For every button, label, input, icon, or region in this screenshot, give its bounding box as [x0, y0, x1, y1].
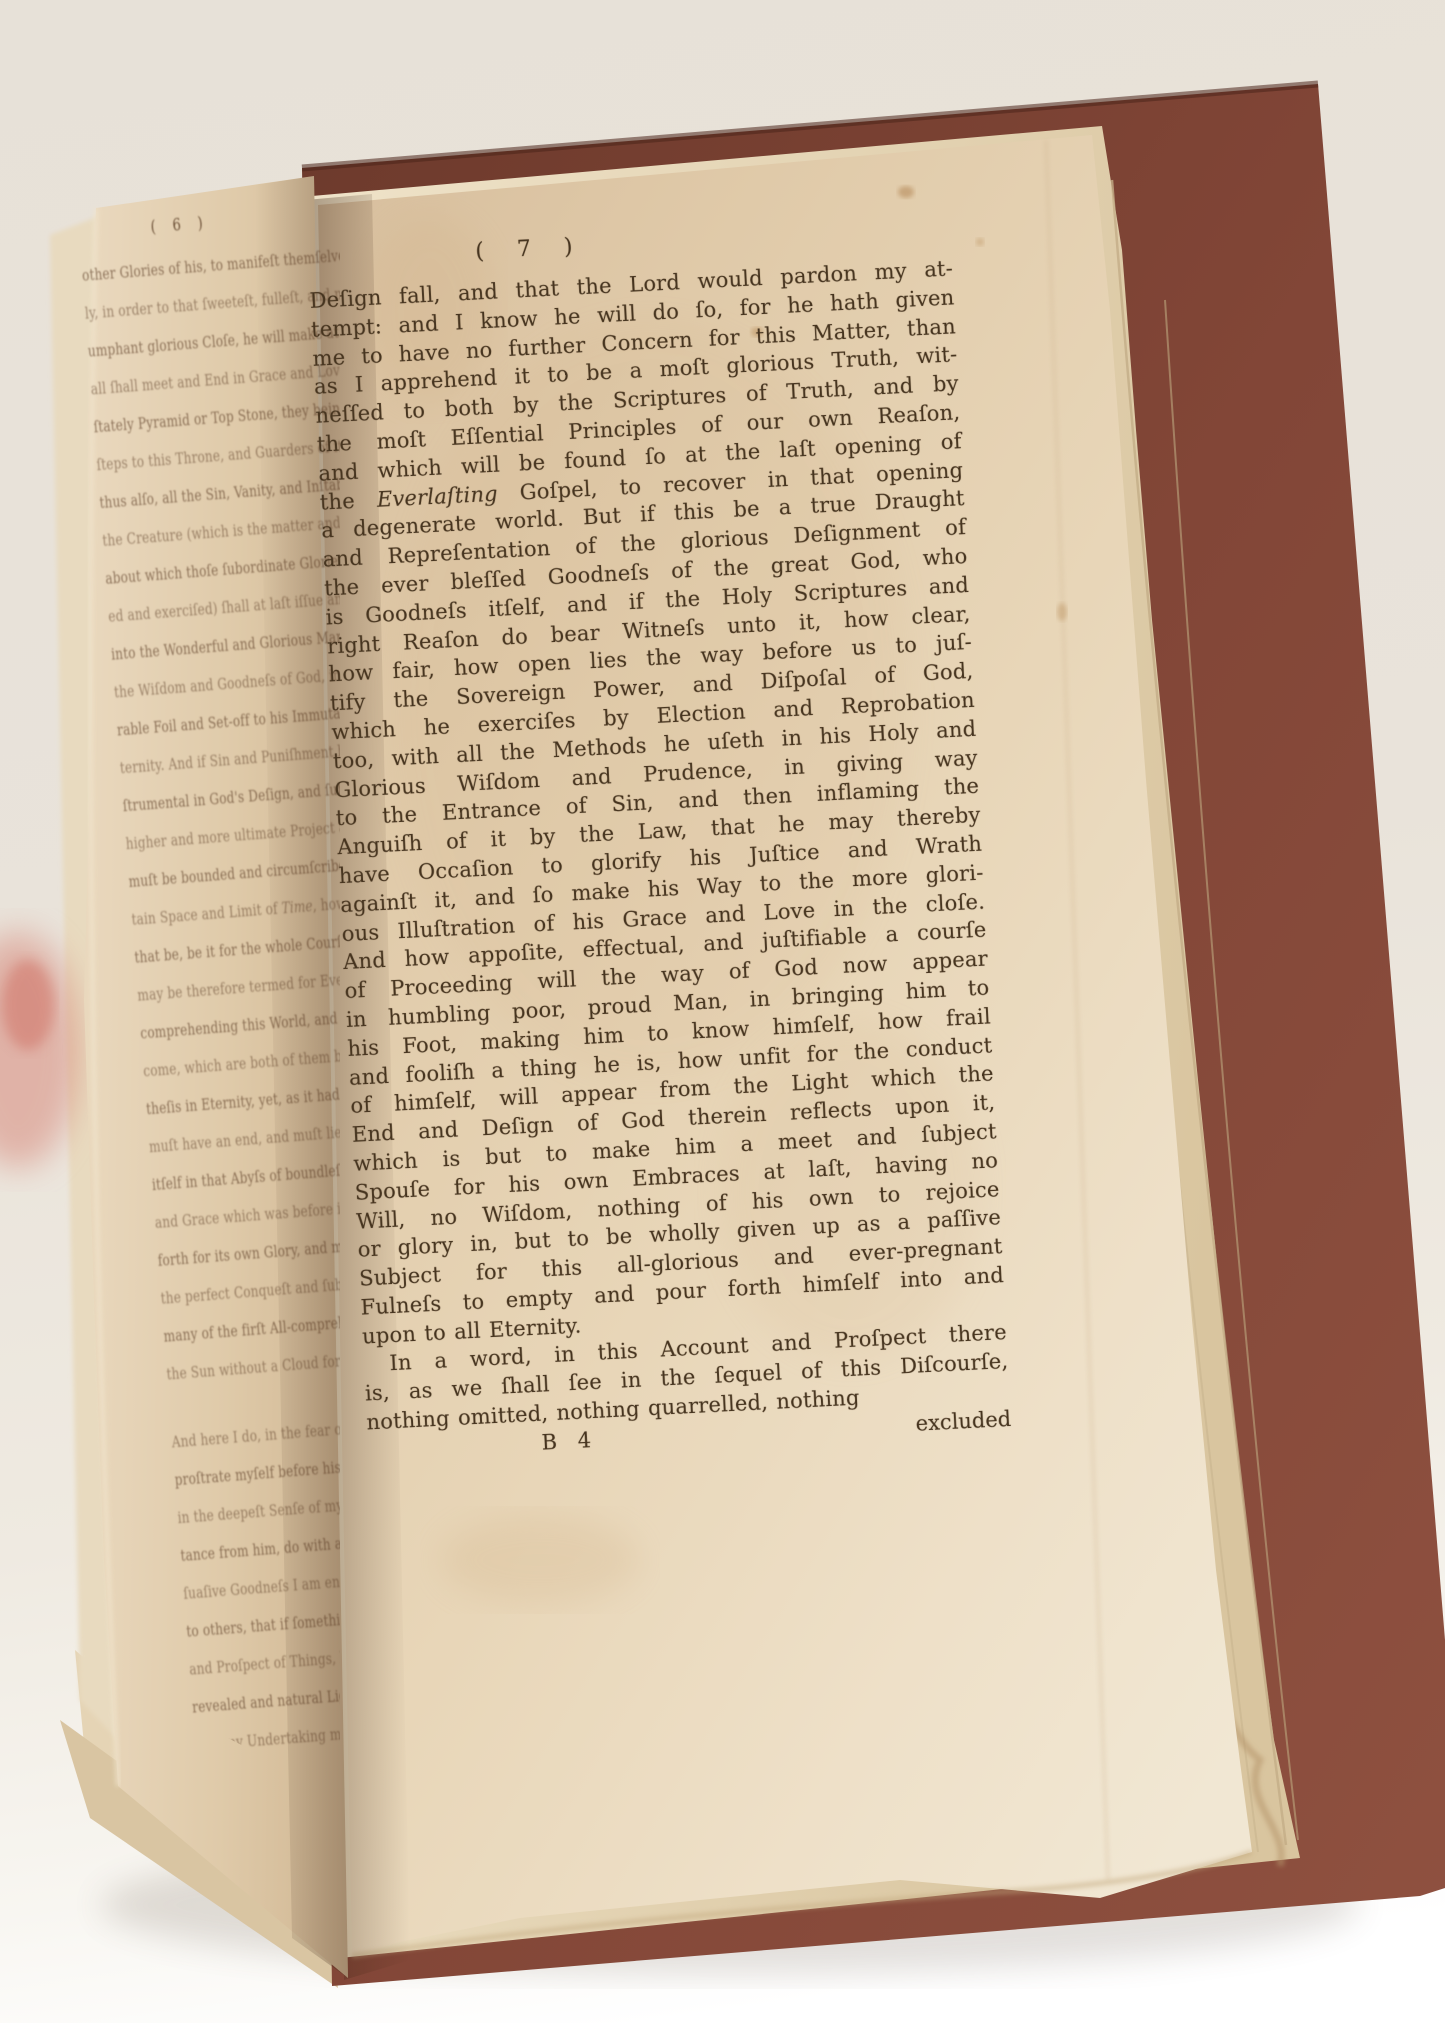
foxing-spot	[1057, 603, 1067, 621]
foxing-spot	[976, 238, 984, 246]
right-page-body: Deſign fall, and that the Lord would par…	[309, 254, 1010, 1437]
foxing-spot	[898, 186, 914, 198]
signature-mark: B 4	[541, 1426, 599, 1458]
book-photo: ( 6 ) other Glories of his, to manifeſt …	[0, 0, 1445, 2023]
paper-mottle	[440, 1515, 640, 1605]
pink-plate-glimpse	[2, 960, 54, 1050]
right-page: ( 7 ) Deſign fall, and that the Lord wou…	[307, 215, 1012, 1466]
catchword: excluded	[915, 1405, 1012, 1439]
